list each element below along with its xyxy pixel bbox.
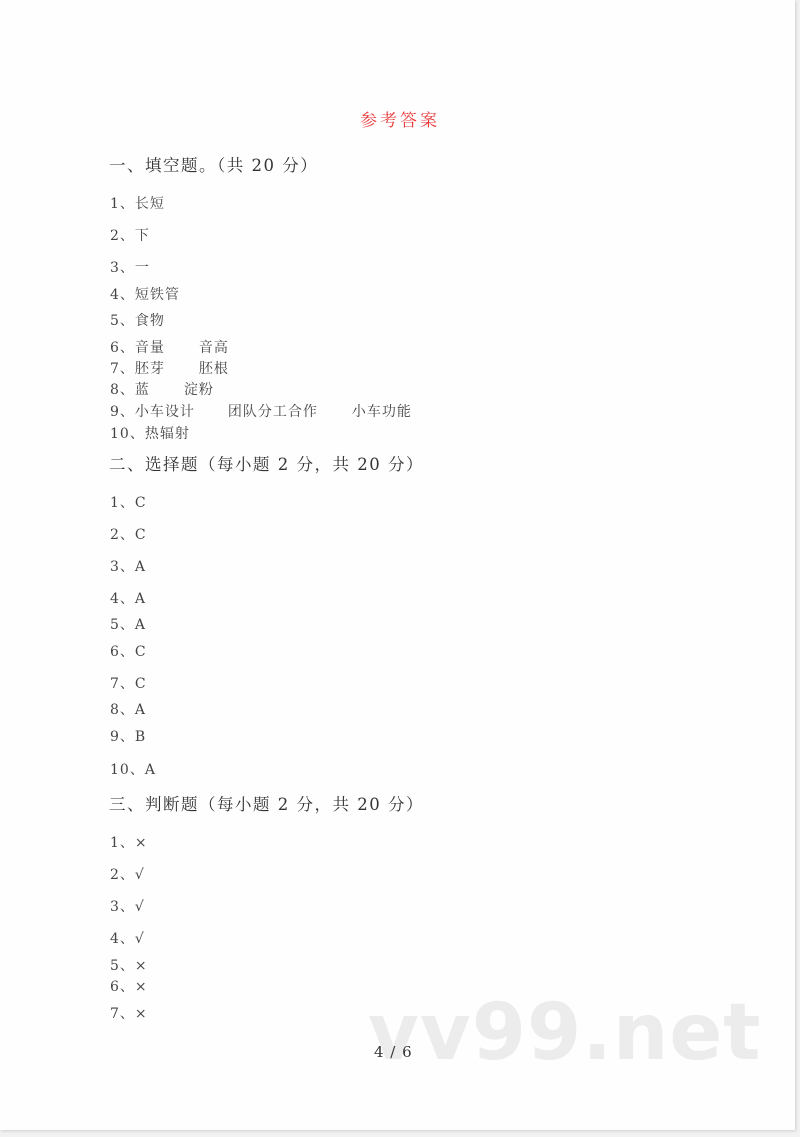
item-number: 4、 [110, 931, 135, 947]
item-number: 1、 [110, 196, 135, 212]
answer-item: 5、食物 [110, 310, 165, 330]
document-page: 参考答案 一、填空题。（共 20 分） 1、长短 2、下 3、一 4、短铁管 5… [0, 0, 795, 1130]
answer-item: 5、A [110, 614, 146, 634]
item-number: 8、 [110, 702, 135, 718]
item-number: 9、 [110, 729, 135, 745]
answer-text: C [135, 495, 147, 511]
check-mark: √ [135, 899, 145, 915]
answer-item: 7、C [110, 673, 147, 693]
answer-text: 短铁管 [135, 284, 180, 304]
item-number: 3、 [110, 559, 135, 575]
answer-item: 9、B [110, 726, 146, 746]
answer-item: 6、× [110, 976, 148, 996]
answer-item: 8、A [110, 699, 146, 719]
answer-text: 胚芽 [135, 358, 165, 378]
answer-text: A [135, 702, 146, 718]
answer-text: 一 [135, 257, 150, 277]
item-number: 7、 [110, 361, 135, 377]
section-heading-fill-blank: 一、填空题。（共 20 分） [109, 152, 318, 176]
item-number: 8、 [110, 382, 135, 398]
answer-item: 1、长短 [110, 193, 165, 213]
answer-text: C [135, 527, 147, 543]
answer-item: 2、C [110, 524, 147, 544]
answer-text: C [135, 644, 147, 660]
cross-mark: × [135, 979, 148, 995]
item-number: 9、 [110, 404, 135, 420]
cross-mark: × [135, 835, 148, 851]
item-number: 7、 [110, 1006, 135, 1022]
item-number: 6、 [110, 979, 135, 995]
answer-text: A [135, 559, 146, 575]
answer-text: 团队分工合作 [228, 401, 318, 421]
item-number: 1、 [110, 495, 135, 511]
answer-text: 胚根 [199, 358, 229, 378]
page-number: 4 / 6 [374, 1043, 413, 1061]
answer-item: 6、音量音高 [110, 337, 229, 357]
answer-item: 4、A [110, 588, 146, 608]
check-mark: √ [135, 867, 145, 883]
answer-text: 蓝 [135, 379, 150, 399]
item-number: 2、 [110, 867, 135, 883]
item-number: 3、 [110, 899, 135, 915]
item-number: 4、 [110, 591, 135, 607]
answer-text: 小车设计 [135, 401, 195, 421]
answer-item: 2、下 [110, 225, 150, 245]
answer-item: 7、× [110, 1003, 148, 1023]
item-number: 1、 [110, 835, 135, 851]
answer-text: B [135, 729, 146, 745]
item-number: 10、 [110, 426, 145, 442]
answer-text: 淀粉 [184, 379, 214, 399]
item-number: 6、 [110, 644, 135, 660]
answer-item: 3、A [110, 556, 146, 576]
answer-text: A [145, 762, 156, 778]
page-title: 参考答案 [0, 106, 800, 131]
answer-text: 食物 [135, 310, 165, 330]
answer-item: 3、√ [110, 896, 145, 916]
item-number: 7、 [110, 676, 135, 692]
cross-mark: × [135, 958, 148, 974]
answer-item: 10、A [110, 759, 156, 779]
item-number: 5、 [110, 617, 135, 633]
item-number: 4、 [110, 287, 135, 303]
answer-text: 音高 [199, 337, 229, 357]
answer-text: 小车功能 [352, 401, 412, 421]
answer-item: 3、一 [110, 257, 150, 277]
answer-item: 1、× [110, 832, 148, 852]
check-mark: √ [135, 931, 145, 947]
answer-item: 9、小车设计团队分工合作小车功能 [110, 401, 412, 421]
answer-item: 6、C [110, 641, 147, 661]
item-number: 2、 [110, 228, 135, 244]
answer-item: 4、√ [110, 928, 145, 948]
section-heading-multiple-choice: 二、选择题（每小题 2 分，共 20 分） [109, 451, 424, 475]
item-number: 5、 [110, 313, 135, 329]
cross-mark: × [135, 1006, 148, 1022]
answer-item: 2、√ [110, 864, 145, 884]
answer-text: A [135, 617, 146, 633]
section-heading-true-false: 三、判断题（每小题 2 分，共 20 分） [109, 791, 424, 815]
watermark: vv99.net [368, 994, 762, 1072]
item-number: 5、 [110, 958, 135, 974]
answer-text: 音量 [135, 337, 165, 357]
answer-text: C [135, 676, 147, 692]
answer-text: A [135, 591, 146, 607]
item-number: 10、 [110, 762, 145, 778]
answer-text: 下 [135, 225, 150, 245]
answer-text: 长短 [135, 193, 165, 213]
answer-item: 10、热辐射 [110, 423, 190, 443]
answer-item: 8、蓝淀粉 [110, 379, 214, 399]
answer-text: 热辐射 [145, 423, 190, 443]
answer-item: 5、× [110, 955, 148, 975]
answer-item: 4、短铁管 [110, 284, 180, 304]
answer-item: 1、C [110, 492, 147, 512]
answer-item: 7、胚芽胚根 [110, 358, 229, 378]
item-number: 2、 [110, 527, 135, 543]
item-number: 6、 [110, 340, 135, 356]
item-number: 3、 [110, 260, 135, 276]
